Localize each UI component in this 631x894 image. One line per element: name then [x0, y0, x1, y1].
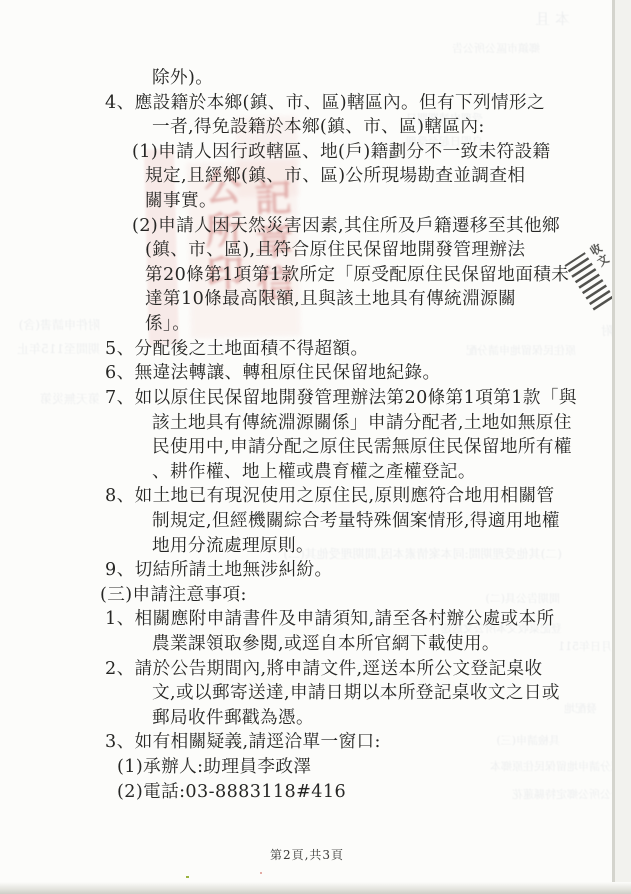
text-line: 文,或以郵寄送達,申請日期以本所登記桌收文之日或 [100, 681, 590, 706]
text-line: (2)電話:03-8883118#416 [100, 780, 590, 805]
text-line: 民使用中,申請分配之原住民需無原住民保留地所有權 [100, 435, 590, 460]
text-line: 3、如有相關疑義,請逕洽單一窗口: [100, 730, 590, 755]
text-line: (2)申請人因天然災害因素,其住所及戶籍遷移至其他鄉 [100, 214, 590, 239]
text-line: 5、分配後之土地面積不得超額。 [100, 337, 590, 362]
text-line: 除外)。 [100, 66, 590, 91]
scan-speck [260, 872, 262, 874]
text-line: 7、如以原住民保留地開發管理辦法第20條第1項第1款「與 [100, 386, 590, 411]
text-line: 2、請於公告期間內,將申請文件,逕送本所公文登記桌收 [100, 657, 590, 682]
bleedthrough-text: 期間至115年止 [2, 340, 100, 357]
bleedthrough-text: 附件申請書(含) [2, 316, 100, 333]
text-line: 一者,得免設籍於本鄉(鎮、市、區)轄區內: [100, 115, 590, 140]
page-number-footer: 第2頁,共3頁 [0, 846, 614, 863]
text-line: 農業課領取參閱,或逕自本所官網下載使用。 [100, 632, 590, 657]
text-line: 係」。 [100, 312, 590, 337]
bleedthrough-text: 本 且 [500, 8, 570, 29]
text-line: 4、應設籍於本鄉(鎮、市、區)轄區內。但有下列情形之 [100, 91, 590, 116]
text-line: (1)承辦人:助理員李政澤 [100, 755, 590, 780]
page-bottom-shadow [0, 882, 631, 894]
bleedthrough-text: 鄉鎮市區公所公告 [428, 40, 540, 56]
scanned-document-page: 本 且鄉鎮市區公所公告受理申請期間日自即日起至受理附件申請書(含)期間至115年… [0, 0, 631, 894]
document-body: 除外)。4、應設籍於本鄉(鎮、市、區)轄區內。但有下列情形之一者,得免設籍於本鄉… [100, 66, 590, 804]
text-line: 該土地具有傳統淵源關係」申請分配者,土地如無原住 [100, 411, 590, 436]
bleedthrough-text: 第天無災第 [2, 390, 100, 407]
text-line: 地用分流處理原則。 [100, 534, 590, 559]
text-line: 關事實。 [100, 189, 590, 214]
text-line: 8、如土地已有現況使用之原住民,原則應符合地用相關管 [100, 484, 590, 509]
scanner-background [615, 0, 631, 894]
text-line: 郵局收件郵戳為憑。 [100, 706, 590, 731]
text-line: 、耕作權、地上權或農育權之產權登記。 [100, 460, 590, 485]
text-line: 達第10條最高限額,且與該土地具有傳統淵源關 [100, 287, 590, 312]
text-line: (鎮、市、區),且符合原住民保留地開發管理辦法 [100, 238, 590, 263]
text-line: 制規定,但經機關綜合考量特殊個案情形,得適用地權 [100, 509, 590, 534]
text-line: 1、相關應附申請書件及申請須知,請至各村辦公處或本所 [100, 607, 590, 632]
text-line: (三)申請注意事項: [100, 583, 590, 608]
text-line: 規定,且經鄉(鎮、市、區)公所現場勘查並調查相 [100, 164, 590, 189]
text-line: 9、切結所請土地無涉糾紛。 [100, 558, 590, 583]
text-line: (1)申請人因行政轄區、地(戶)籍劃分不一致未符設籍 [100, 140, 590, 165]
scan-speck [186, 876, 189, 878]
text-line: 6、無違法轉讓、轉租原住民保留地紀錄。 [100, 361, 590, 386]
text-line: 第20條第1項第1款所定「原受配原住民保留地面積未 [100, 263, 590, 288]
